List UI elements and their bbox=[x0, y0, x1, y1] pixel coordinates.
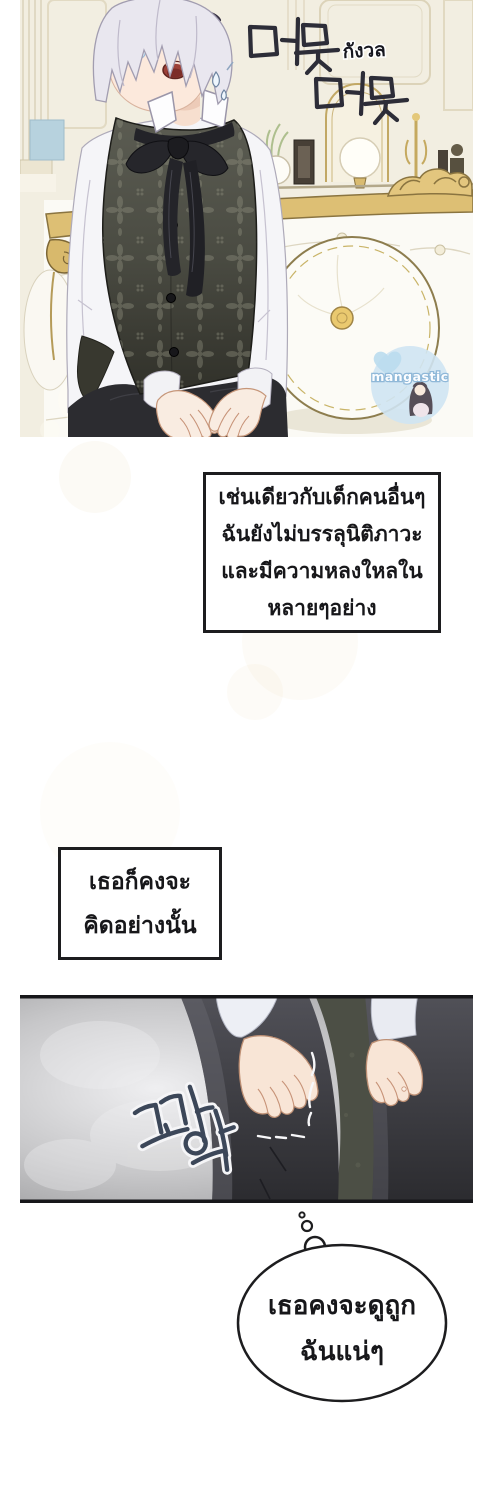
narration-line: เธอก็คงจะ bbox=[61, 860, 219, 904]
panel-border-bottom bbox=[20, 1200, 473, 1204]
thought-bubble-text: เธอคงจะดูถูก ฉันแน่ๆ bbox=[237, 1283, 447, 1375]
narration-line: เช่นเดียวกับเด็กคนอื่นๆ bbox=[206, 479, 438, 516]
narration-box-2: เธอก็คงจะ คิดอย่างนั้น bbox=[58, 847, 222, 960]
window-blue bbox=[30, 120, 64, 160]
sofa-scene-art: กังวล mangastic bbox=[20, 0, 473, 437]
narration-line: และมีความหลงใหลใน bbox=[206, 553, 438, 590]
panel-hands-gripping bbox=[20, 995, 473, 1203]
sfx-worry-thai: กังวล bbox=[342, 39, 386, 63]
comic-page: กังวล mangastic bbox=[0, 0, 492, 1500]
narration-line: หลายๆอย่าง bbox=[206, 590, 438, 627]
thought-dot-small bbox=[299, 1212, 304, 1217]
watermark: mangastic bbox=[371, 346, 449, 424]
narration-line: ฉันยังไม่บรรลุนิติภาวะ bbox=[206, 516, 438, 553]
bubble-line: เธอคงจะดูถูก bbox=[237, 1283, 447, 1329]
cushion-button bbox=[331, 307, 353, 329]
panel-border-top bbox=[20, 995, 473, 999]
panel-sofa-scene: กังวล mangastic bbox=[20, 0, 473, 437]
bubble-line: ฉันแน่ๆ bbox=[237, 1329, 447, 1375]
vest bbox=[103, 118, 257, 394]
watermark-text: mangastic bbox=[371, 369, 448, 384]
shirt-cuff-right bbox=[371, 995, 418, 1041]
narration-box-1: เช่นเดียวกับเด็กคนอื่นๆ ฉันยังไม่บรรลุนิ… bbox=[203, 472, 441, 633]
thought-dot-large bbox=[302, 1221, 312, 1231]
hands-art bbox=[20, 995, 473, 1203]
narration-line: คิดอย่างนั้น bbox=[61, 904, 219, 948]
globe-lamp bbox=[340, 138, 380, 178]
